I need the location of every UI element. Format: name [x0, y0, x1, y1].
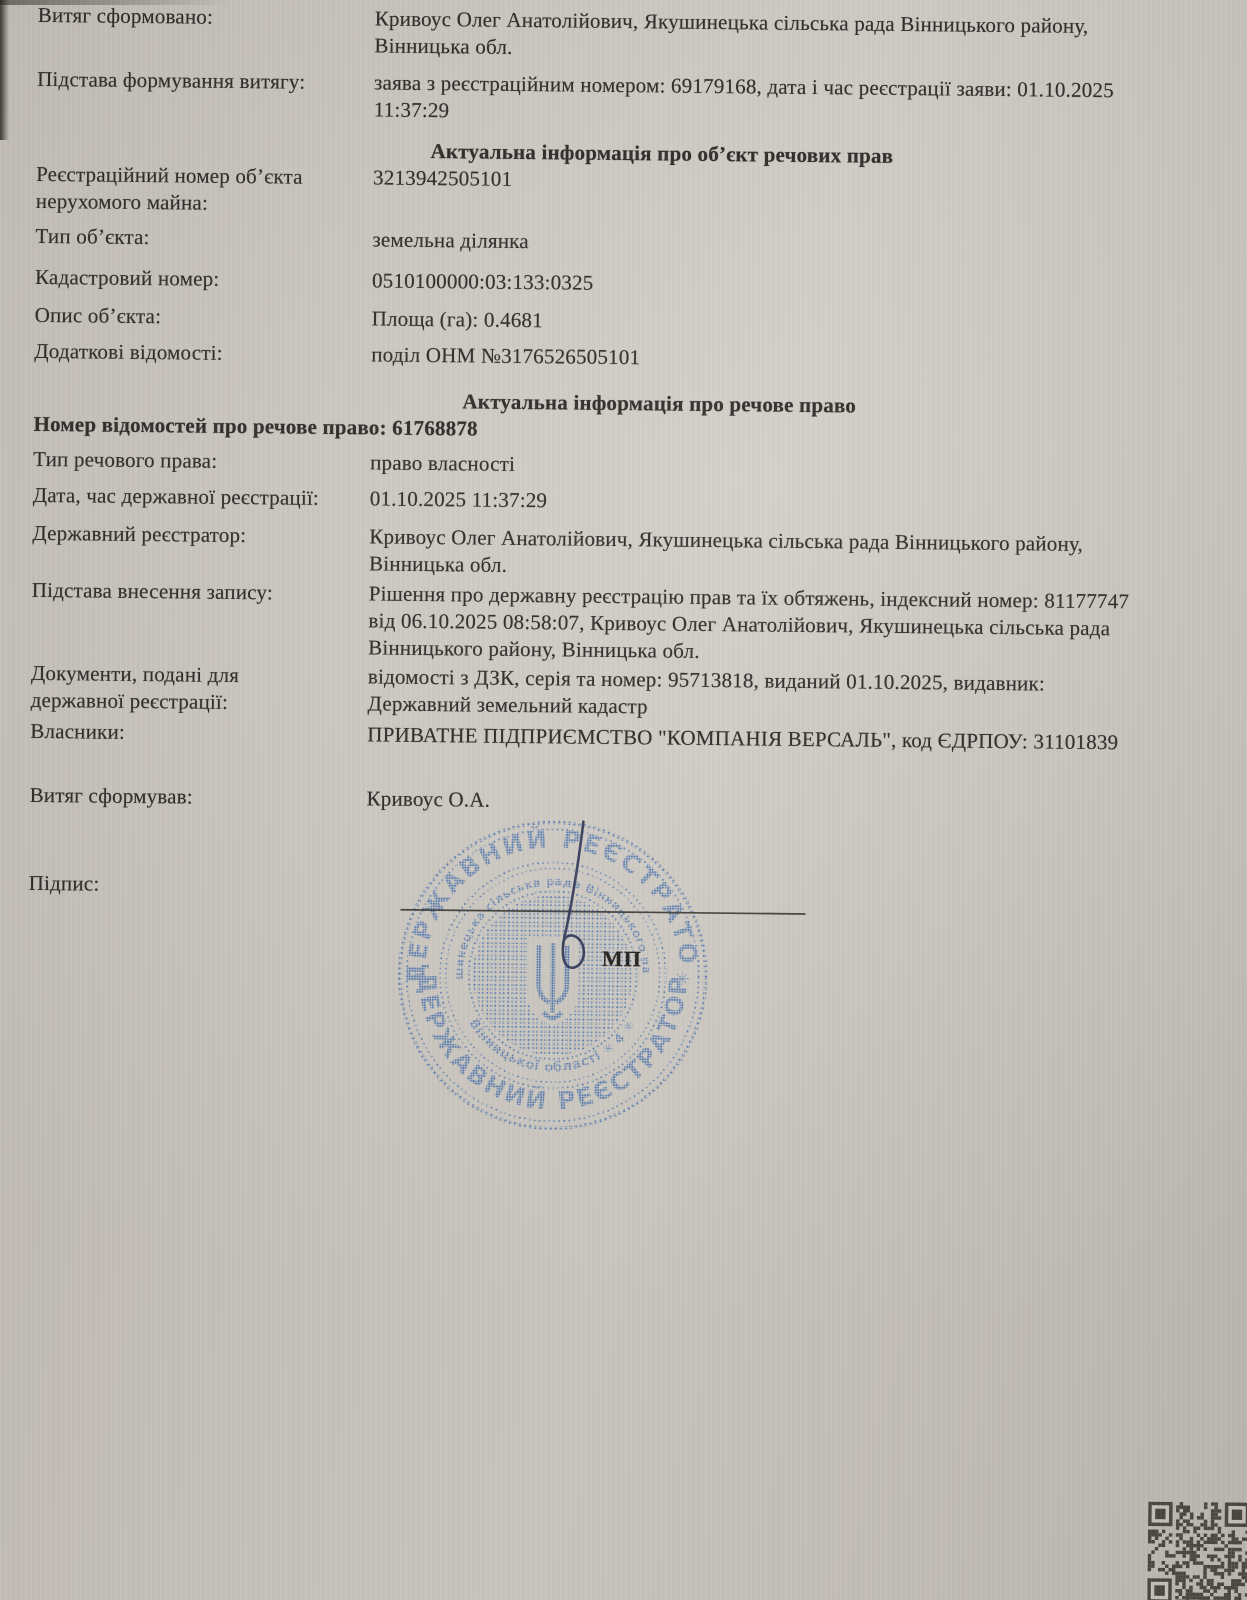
field-row: Кадастровий номер: 0510100000:03:133:032…: [0, 263, 1244, 303]
photo-edge-left: [0, 0, 9, 140]
field-label: Підстава внесення запису:: [32, 577, 369, 608]
field-row: Додаткові відомості: поділ ОНМ №31765265…: [0, 337, 1243, 377]
field-row: Тип об’єкта: земельна ділянка: [0, 222, 1245, 262]
field-label: Державний реєстратор:: [32, 520, 369, 551]
field-row: Державний реєстратор: Кривоус Олег Анато…: [0, 519, 1241, 586]
document-photo: Витяг сформовано: Кривоус Олег Анатолійо…: [0, 0, 1247, 1600]
field-value: право власності: [370, 449, 1192, 485]
field-value: відомості з ДЗК, серія та номер: 9571381…: [367, 663, 1190, 726]
field-value: 01.10.2025 11:37:29: [370, 485, 1192, 521]
signature-overlay: [379, 806, 821, 1011]
field-row: Підстава формування витягу: заява з реєс…: [0, 66, 1246, 133]
field-label: Підстава формування витягу:: [37, 66, 374, 97]
mp-seal-place-label: МП: [602, 946, 642, 972]
field-label: Тип речового права:: [33, 446, 370, 477]
field-label: Витяг сформовано:: [38, 2, 375, 33]
field-value: 0510100000:03:133:0325: [372, 267, 1194, 303]
field-value: Рішення про державну реєстрацію прав та …: [368, 580, 1191, 670]
field-row: Витяг сформовано: Кривоус Олег Анатолійо…: [0, 2, 1247, 69]
field-value: земельна ділянка: [372, 226, 1194, 262]
field-label: Документи, подані для державної реєстрац…: [30, 660, 368, 718]
qr-code: [1147, 1502, 1247, 1600]
field-label: Опис об’єкта:: [35, 302, 372, 333]
field-row: Документи, подані для державної реєстрац…: [0, 659, 1240, 726]
field-row: Тип речового права: право власності: [0, 445, 1242, 485]
field-value: поділ ОНМ №3176526505101: [371, 341, 1193, 377]
field-value: Кривоус Олег Анатолійович, Якушинецька с…: [369, 523, 1192, 586]
field-label: Реєстраційний номер об’єкта нерухомого м…: [36, 161, 374, 219]
field-value: Площа (га): 0.4681: [372, 305, 1194, 341]
document-content: Витяг сформовано: Кривоус Олег Анатолійо…: [0, 0, 1247, 1600]
field-label: Власники:: [30, 718, 367, 749]
signature-label: Підпис:: [29, 870, 366, 901]
handwritten-signature: [563, 821, 586, 967]
field-label: Витяг сформував:: [29, 782, 366, 813]
photo-edge-top: [0, 0, 230, 5]
field-label: Кадастровий номер:: [35, 264, 372, 295]
field-value: заява з реєстраційним номером: 69179168,…: [374, 69, 1197, 132]
field-label: Додаткові відомості:: [34, 338, 371, 369]
field-label: Тип об’єкта:: [35, 223, 372, 254]
field-row: Підстава внесення запису: Рішення про де…: [0, 576, 1241, 670]
field-row: Дата, час державної реєстрації: 01.10.20…: [0, 481, 1242, 521]
field-row: Опис об’єкта: Площа (га): 0.4681: [0, 301, 1244, 341]
field-label: Дата, час державної реєстрації:: [33, 482, 370, 513]
field-value: ПРИВАТНЕ ПІДПРИЄМСТВО "КОМПАНІЯ ВЕРСАЛЬ"…: [367, 721, 1189, 757]
signature-line: [400, 910, 805, 914]
field-value: Кривоус Олег Анатолійович, Якушинецька с…: [374, 5, 1197, 68]
